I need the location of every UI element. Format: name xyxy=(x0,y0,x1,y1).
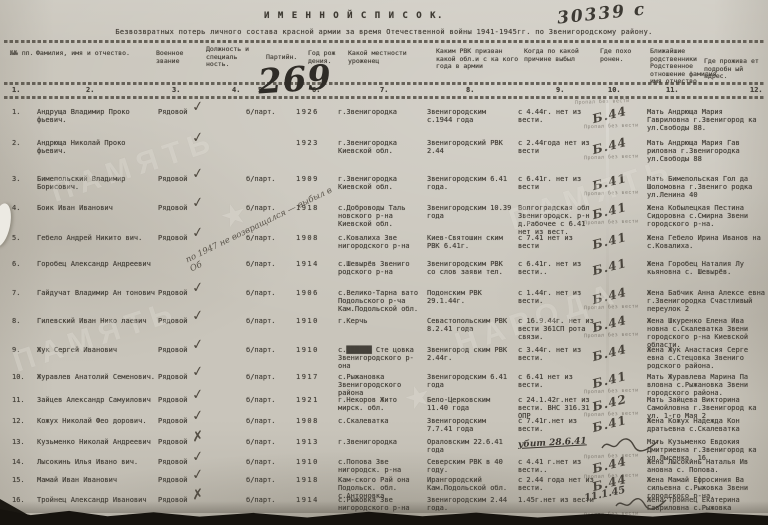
soldier-name: Кузьменко Николай Андреевич xyxy=(37,438,157,446)
fate: с 7.41 нет из вести xyxy=(518,234,594,250)
birth-year: 1908 xyxy=(296,417,336,425)
check-mark: ✓ xyxy=(192,284,228,294)
column-header-fate: Когда по какой причине выбыл xyxy=(524,48,598,63)
draft-office: Звенигородским 7.7.41 года xyxy=(427,417,515,433)
column-header-birthplace: Какой местности уроженец xyxy=(348,50,430,65)
check-mark: ✓ xyxy=(192,341,228,351)
birth-year: 1921 xyxy=(296,396,336,404)
grave-column: Б.41Пропал без вести xyxy=(592,373,650,387)
grave-column: Б.41 xyxy=(592,417,650,431)
draft-office: Звенигород ским РВК 2.44г. xyxy=(427,346,515,362)
relatives: Мать Бимепольская Гол да Шоломовна г.Зве… xyxy=(647,175,765,199)
soldier-name: Жук Сергей Иванович xyxy=(37,346,157,354)
row-number: 9. xyxy=(12,346,36,354)
draft-office: Северским РВК в 40 году. xyxy=(427,458,515,474)
draft-office: Киев-Святошин ским РВК 6.41г. xyxy=(427,234,515,250)
row-number: 10. xyxy=(12,373,36,381)
grave-column: Б.41 xyxy=(592,260,650,274)
column-header-grave: Где похо ронен. xyxy=(600,48,646,63)
party-status: б/парт. xyxy=(246,108,292,116)
check-mark: ✓ xyxy=(192,312,228,322)
fate: с 1.44г. нет из вести. xyxy=(518,289,594,305)
row-number: 13. xyxy=(12,438,36,446)
column-number: 2. xyxy=(86,86,94,94)
handwritten-check-note: Б.41 xyxy=(591,256,628,278)
party-status: б/парт. xyxy=(246,417,292,425)
column-number: 7. xyxy=(380,86,388,94)
birth-year: 1910 xyxy=(296,317,336,325)
fate: убит 28.6.41 xyxy=(518,436,594,450)
draft-office: Звенигородский РВК 2.44 xyxy=(427,139,515,155)
draft-office: Звенигородским с.1944 года xyxy=(427,108,515,124)
birth-year: 1913 xyxy=(296,438,336,446)
fate: с 4.41 г.нет из вести.. xyxy=(518,458,594,474)
check-mark: ✓ xyxy=(192,368,228,378)
fate: с 2.44 года нет из вести. xyxy=(518,476,594,492)
row-number: 14. xyxy=(12,458,36,466)
fate: с 4.44г. нет из вести. xyxy=(518,108,594,124)
grave-column: Б.44Пропал без вести xyxy=(592,139,650,153)
relatives: Жена Гебело Ирина Иванов на с.Ковалиха. xyxy=(647,234,765,250)
birth-year: 1908 xyxy=(296,234,336,242)
draft-office: Звенигородским 10.39 года xyxy=(427,204,515,220)
separator-line xyxy=(4,40,764,43)
birth-place: г.Звенигородка xyxy=(338,108,426,116)
grave-column: Б.44 xyxy=(592,346,650,360)
party-status: б/парт. xyxy=(246,438,292,446)
row-number: 15. xyxy=(12,476,36,484)
check-mark: ✓ xyxy=(192,391,228,401)
birth-year: 1923 xyxy=(296,139,336,147)
birth-place: г.Звенигородка Киевской обл. xyxy=(338,139,426,155)
fate: Волгоградская обл Звенигородск. р-н д.Ра… xyxy=(518,204,594,236)
soldier-name: Лысокинь Илья Ивано вич. xyxy=(37,458,157,466)
soldier-name: Журавлев Анатолий Семенович. xyxy=(37,373,157,381)
check-mark: ✓ xyxy=(192,170,228,180)
column-number: 9. xyxy=(556,86,564,94)
draft-office: Звенигородским РВК со слов заяви тел. xyxy=(427,260,515,276)
fate: с 16.9.44г. нет из вести 361СП рота связ… xyxy=(518,317,594,341)
draft-office: Звенигородским 6.41 года xyxy=(427,373,515,389)
soldier-name: Горобец Александр Андреевич xyxy=(37,260,157,268)
column-header-rvk: Каким РВК призван какой обл.и с ка кого … xyxy=(436,48,522,71)
cross-mark: ✗ xyxy=(192,433,228,443)
birth-year: 1909 xyxy=(296,175,336,183)
column-header-duty: Должность и специаль ность. xyxy=(206,46,264,69)
check-mark: ✓ xyxy=(192,199,228,209)
party-status: б/парт. xyxy=(246,396,292,404)
grave-column: Б.44Пропал без вести xyxy=(592,108,650,122)
party-status: б/парт. xyxy=(246,175,292,183)
relatives: Жена Шкуренко Елена Ива новна с.Скалеват… xyxy=(647,317,765,349)
watermark-pamyat: ПАМЯТЬ xyxy=(9,294,183,379)
relatives: Мать Андрюща Мария Гавриловна г.Звенигор… xyxy=(647,108,765,132)
party-status: б/парт. xyxy=(246,373,292,381)
column-header-name: Фамилия, имя и отчество. xyxy=(36,50,158,58)
column-header-npp: №№ пп. xyxy=(10,50,36,58)
separator-line xyxy=(4,96,764,99)
birth-place: с.Рыжановка Звенигородского района xyxy=(338,373,426,397)
soldier-name: Андруща Владимир Проко фьевич. xyxy=(37,108,157,124)
fate: с 7.41г.нет из вести. xyxy=(518,417,594,433)
party-status: б/парт. xyxy=(246,476,292,484)
birth-place: г.Некоров Жито мирск. обл. xyxy=(338,396,426,412)
row-number: 12. xyxy=(12,417,36,425)
birth-place: г.Звенигородка Киевской обл. xyxy=(338,175,426,191)
row-number: 6. xyxy=(12,260,36,268)
birth-place: с.Велико-Тарна вато Подольского р-ча Кам… xyxy=(338,289,426,313)
grave-column: Б.41Пропал без вести xyxy=(592,175,650,189)
relatives: Жена Кожух Надежда Кон дратьевна с.Скале… xyxy=(647,417,765,433)
birth-place: с.Скалеватка xyxy=(338,417,426,425)
column-header-rank: Военное звание xyxy=(156,50,202,65)
column-number: 12. xyxy=(750,86,763,94)
birth-year: 1917 xyxy=(296,373,336,381)
fate: с 6.41г. нет из вести xyxy=(518,175,594,191)
handwritten-page-number: 269 xyxy=(257,57,334,102)
soldier-name: Кожух Николай Фео дорович. xyxy=(37,417,157,425)
grave-column: Б.41 xyxy=(592,234,650,248)
signature-scribble xyxy=(600,436,660,458)
fate: с 6.41г. нет из вести.. xyxy=(518,260,594,276)
row-number: 11. xyxy=(12,396,36,404)
birth-year: 1906 xyxy=(296,289,336,297)
soldier-name: Бимепольский Владимир Борисович. xyxy=(37,175,157,191)
soldier-name: Андрюща Николай Проко фьевич. xyxy=(37,139,157,155)
draft-office: Бело-Церковским 11.40 года xyxy=(427,396,515,412)
party-status: б/парт. xyxy=(246,260,292,268)
handwritten-doc-number: 30339 с xyxy=(556,0,647,29)
row-number: 7. xyxy=(12,289,36,297)
grave-column: Б.44Пропал без вести xyxy=(592,289,650,303)
grave-column: Б.42Пропал без вести xyxy=(592,396,650,410)
relatives: Жена Горобец Наталия Лу кьяновна с. Шевы… xyxy=(647,260,765,276)
relatives: Мать Журавлева Марина Па вловна с.Рыжано… xyxy=(647,373,765,397)
birth-place: г.Звенигородка xyxy=(338,438,426,446)
soldier-name: Зайцев Александр Самуилович xyxy=(37,396,157,404)
party-status: б/парт. xyxy=(246,289,292,297)
column-number: 3. xyxy=(172,86,180,94)
party-status: б/парт. xyxy=(246,317,292,325)
column-number: 11. xyxy=(666,86,679,94)
grave-column: Б.41Пропал без вести xyxy=(592,204,650,218)
page-subtitle: Безвозвратных потерь личного состава кра… xyxy=(8,28,760,36)
party-status: б/парт. xyxy=(246,458,292,466)
row-number: 5. xyxy=(12,234,36,242)
grave-column: Б.44Пропал без вести xyxy=(592,317,650,331)
draft-office: Подонским РВК 29.1.44г. xyxy=(427,289,515,305)
row-number: 2. xyxy=(12,139,36,147)
soldier-name: Мамай Иван Иванович xyxy=(37,476,157,484)
check-mark: ✓ xyxy=(192,471,228,481)
birth-place: с.Доброводы Таль новского р-на Киевской … xyxy=(338,204,426,228)
column-number: 4. xyxy=(232,86,240,94)
scanned-document-page: ПАМЯТЬ ПАМЯТЬ ПАМЯТЬ НАРОДА ★ ★ И М Е Н … xyxy=(0,0,768,525)
relatives: Жена Бабчик Анна Алексе евна г.Звенигоро… xyxy=(647,289,765,313)
column-number: 8. xyxy=(466,86,474,94)
check-mark: ✓ xyxy=(192,103,228,113)
handwritten-check-note: Б.44 xyxy=(591,342,628,364)
relatives: Жена Кобылецкая Пестина Сидоровна с.Смир… xyxy=(647,204,765,228)
draft-office: Севастопольским РВК 8.2.41 года xyxy=(427,317,515,333)
birth-place: с.██████ Сте цовка Звенигородского р-она xyxy=(338,346,426,370)
fate: с 6.41 нет из вести. xyxy=(518,373,594,389)
check-mark: ✓ xyxy=(192,412,228,422)
relatives: Мать Андрюща Мария Гав риловна г.Звениго… xyxy=(647,139,765,163)
check-mark: ✓ xyxy=(192,134,228,144)
fate: с 3.44г. нет из вести. xyxy=(518,346,594,362)
draft-office: Ораловским 22.6.41 года xyxy=(427,438,515,454)
birth-year: 1914 xyxy=(296,260,336,268)
soldier-name: Боик Иван Иванович xyxy=(37,204,157,212)
fate: с 2.44года нет из вести xyxy=(518,139,594,155)
column-header-address: Где прожива ет подробн ый адрес. xyxy=(704,58,764,81)
soldier-name: Гилевский Иван Нико лаевич xyxy=(37,317,157,325)
row-number: 8. xyxy=(12,317,36,325)
birth-place: г.Керчь xyxy=(338,317,426,325)
grave-column: Б.44Пропал без вести xyxy=(592,458,650,472)
check-mark: ✓ xyxy=(192,453,228,463)
relatives: Жена Жук Анастасия Серге евна с.Стецовка… xyxy=(647,346,765,370)
row-number: 4. xyxy=(12,204,36,212)
paper-crease xyxy=(606,96,609,436)
draft-office: Звенигородским 6.41 года. xyxy=(427,175,515,191)
birth-place: с.Шевырёв Звениго родского р-на xyxy=(338,260,426,276)
birth-year: 1918 xyxy=(296,476,336,484)
handwritten-check-note: Б.41 xyxy=(591,413,628,435)
birth-year: 1926 xyxy=(296,108,336,116)
column-number: 1. xyxy=(12,86,20,94)
handwritten-check-note: Б.41 xyxy=(591,230,628,252)
row-number: 3. xyxy=(12,175,36,183)
birth-year: 1910 xyxy=(296,458,336,466)
soldier-name: Гебело Андрей Никито вич. xyxy=(37,234,157,242)
birth-place: с.Ковалиха Зве нигородского р-на xyxy=(338,234,426,250)
draft-office: Ирангородский Кам.Подольской обл. xyxy=(427,476,515,492)
soldier-name: Гайдучат Владимир Ан тонович xyxy=(37,289,157,297)
relatives: Жена Лысокинь Наталья Ив ановна с. Попов… xyxy=(647,458,765,474)
signature-scribble xyxy=(614,496,668,516)
cross-mark: ✗ xyxy=(192,491,228,501)
party-status: б/парт. xyxy=(246,346,292,354)
column-number: 10. xyxy=(608,86,621,94)
row-number: 1. xyxy=(12,108,36,116)
birth-year: 1910 xyxy=(296,346,336,354)
birth-place: с.Попова Зве нигородск. р-на xyxy=(338,458,426,474)
